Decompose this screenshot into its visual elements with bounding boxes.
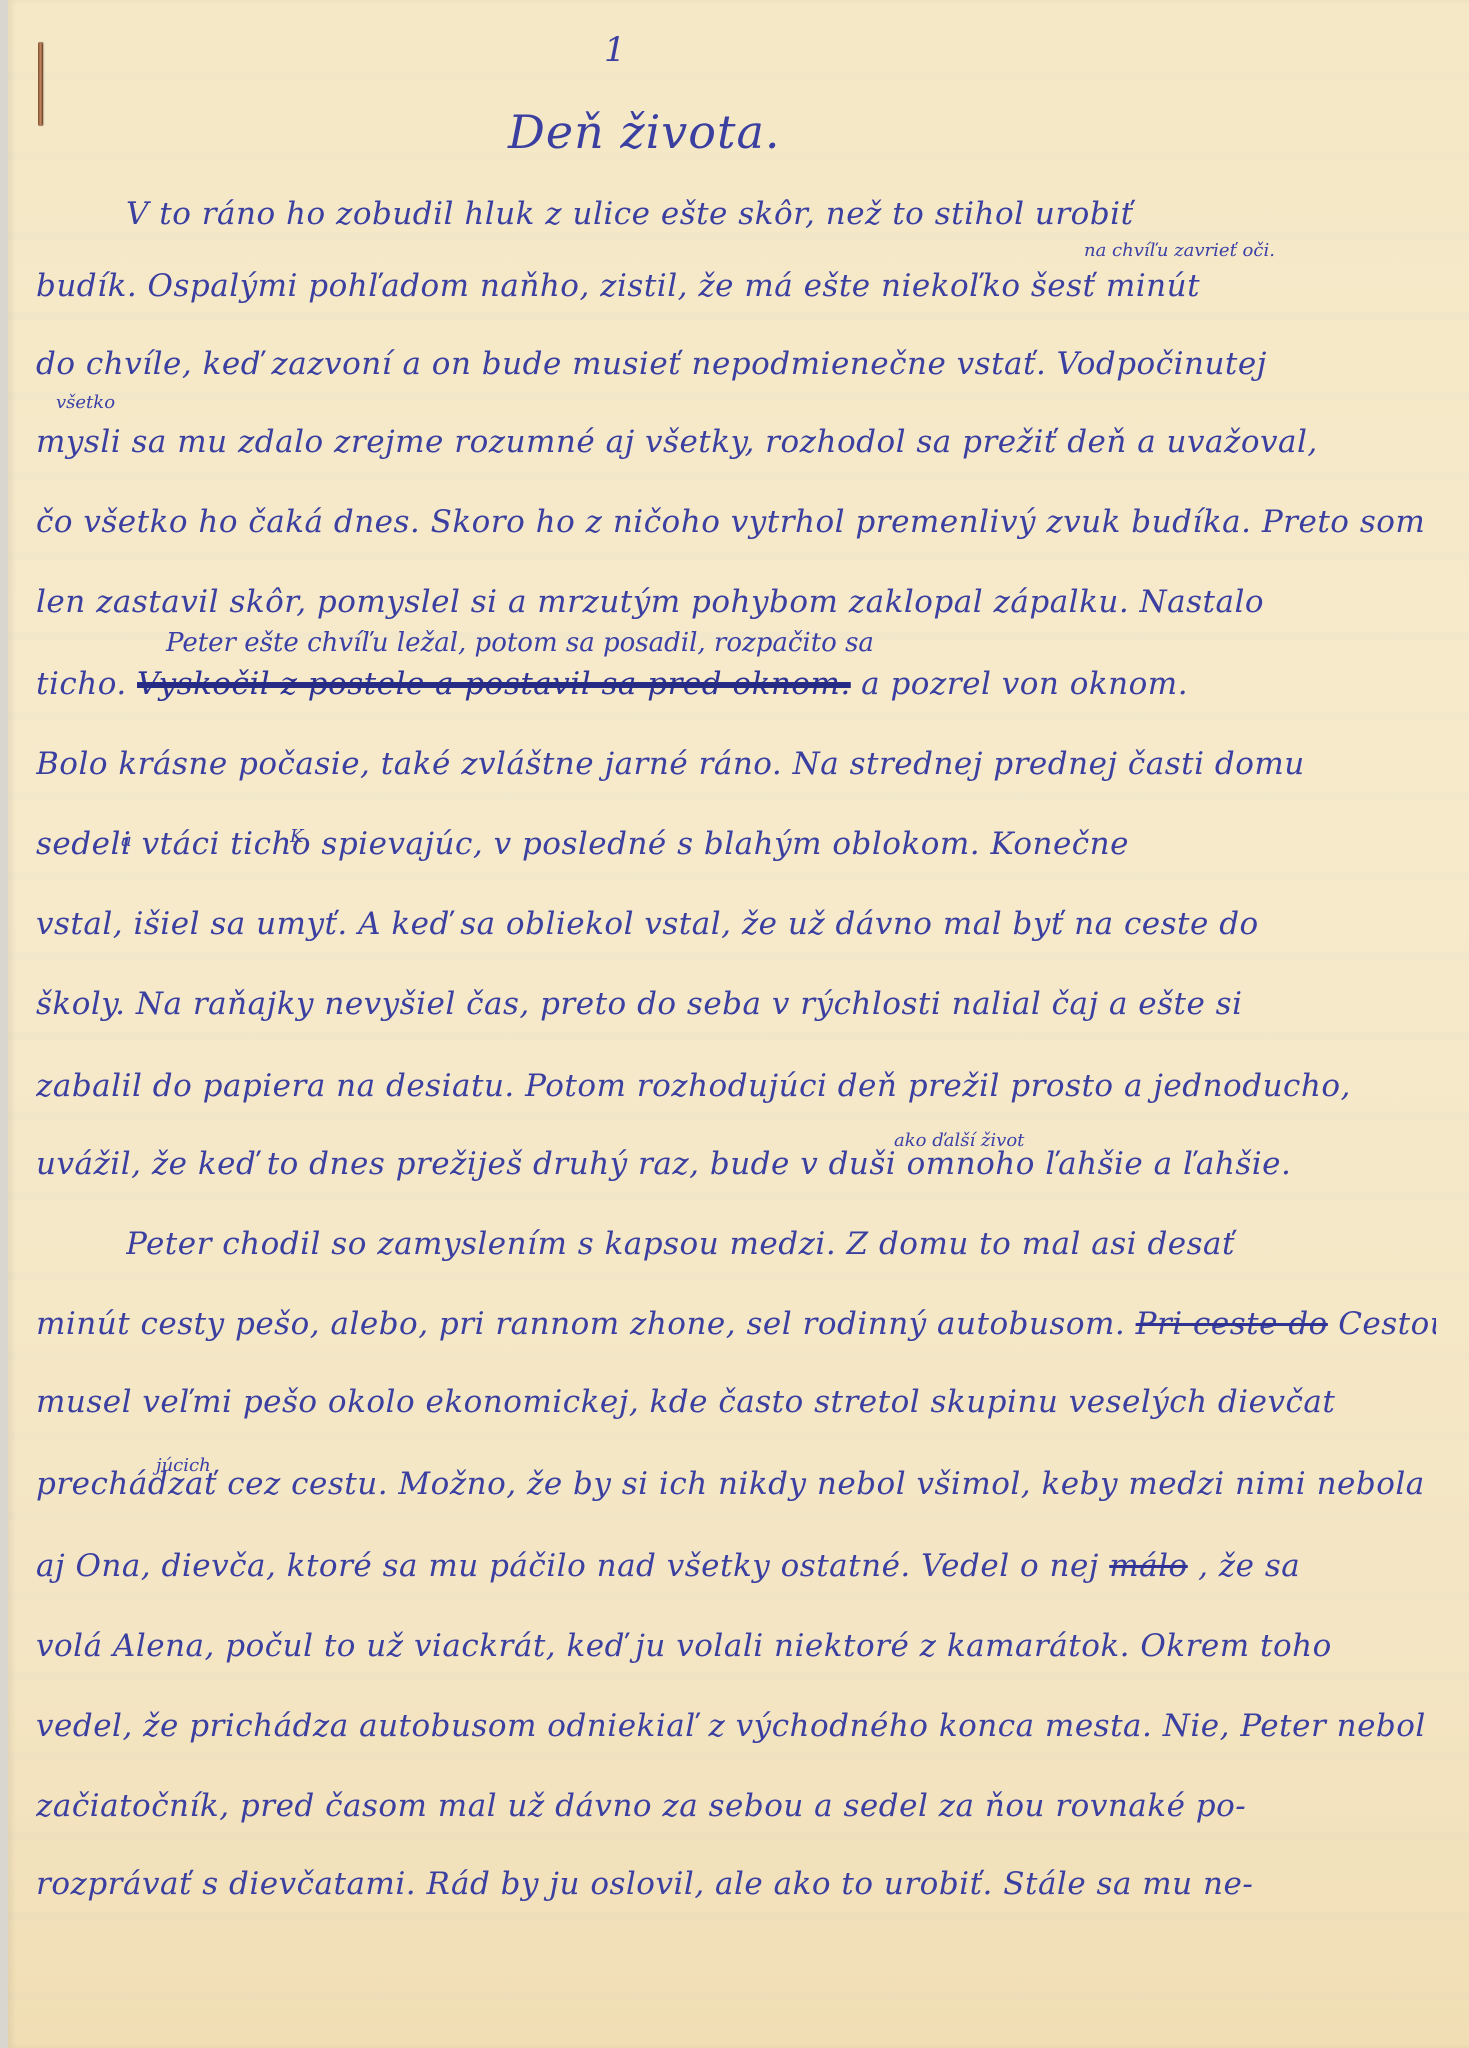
line-text: minút cesty pešo, alebo, pri rannom zhon… [36,1306,1125,1342]
manuscript-line: Bolo krásne počasie, také zvláštne jarné… [36,746,1436,782]
line-text: ticho. [36,666,127,702]
manuscript-line: ticho. Vyskočil z postele a postavil sa … [36,666,1436,702]
line-text-after: a pozrel von oknom. [861,666,1188,702]
interlinear-insertion: Peter ešte chvíľu ležal, potom sa posadi… [166,628,874,658]
page-title: Deň života. [508,105,781,159]
line-text: aj Ona, dievča, ktoré sa mu páčilo nad v… [36,1548,1099,1584]
manuscript-line: vedel, že prichádza autobusom odniekiaľ … [36,1708,1436,1744]
interlinear-insertion: na chvíľu zavrieť oči. [1084,240,1275,261]
struck-text: Vyskočil z postele a postavil sa pred ok… [137,666,851,702]
page-number: 1 [604,30,626,70]
manuscript-line: školy. Na raňajky nevyšiel čas, preto do… [36,986,1436,1022]
manuscript-line: minút cesty pešo, alebo, pri rannom zhon… [36,1306,1436,1342]
manuscript-line: uvážil, že keď to dnes prežiješ druhý ra… [36,1146,1436,1182]
manuscript-line: vstal, išiel sa umyť. A keď sa obliekol … [36,906,1436,942]
manuscript-line: do chvíle, keď zazvoní a on bude musieť … [36,346,1436,382]
staple-icon [38,42,43,126]
manuscript-line: čo všetko ho čaká dnes. Skoro ho z ničoh… [36,504,1436,540]
manuscript-line: prechádzať cez cestu. Možno, že by si ic… [36,1466,1436,1502]
manuscript-line: len zastavil skôr, pomyslel si a mrzutým… [36,584,1436,620]
manuscript-page: 1 Deň života. na chvíľu zavrieť oči. vše… [8,0,1469,2048]
manuscript-line: V to ráno ho zobudil hluk z ulice ešte s… [126,196,1469,232]
manuscript-line: volá Alena, počul to už viackrát, keď ju… [36,1628,1436,1664]
manuscript-line: začiatočník, pred časom mal už dávno za … [36,1788,1436,1824]
manuscript-line: Peter chodil so zamyslením s kapsou medz… [126,1226,1469,1262]
struck-text: málo [1109,1548,1187,1584]
manuscript-line: musel veľmi pešo okolo ekonomickej, kde … [36,1384,1436,1420]
manuscript-line: aj Ona, dievča, ktoré sa mu páčilo nad v… [36,1548,1436,1584]
manuscript-line: budík. Ospalými pohľadom naňho, zistil, … [36,268,1436,304]
line-text-after: , že sa [1198,1548,1300,1584]
manuscript-line: zabalil do papiera na desiatu. Potom roz… [36,1068,1436,1104]
struck-text: Pri ceste do [1136,1306,1328,1342]
manuscript-line: mysli sa mu zdalo zrejme rozumné aj všet… [36,424,1436,460]
line-text-after: Cestou [1338,1306,1436,1342]
manuscript-line: rozprávať s dievčatami. Rád by ju oslovi… [36,1866,1436,1902]
interlinear-insertion: všetko [56,392,115,413]
manuscript-line: sedeli vtáci ticho spievajúc, v posledné… [36,826,1436,862]
